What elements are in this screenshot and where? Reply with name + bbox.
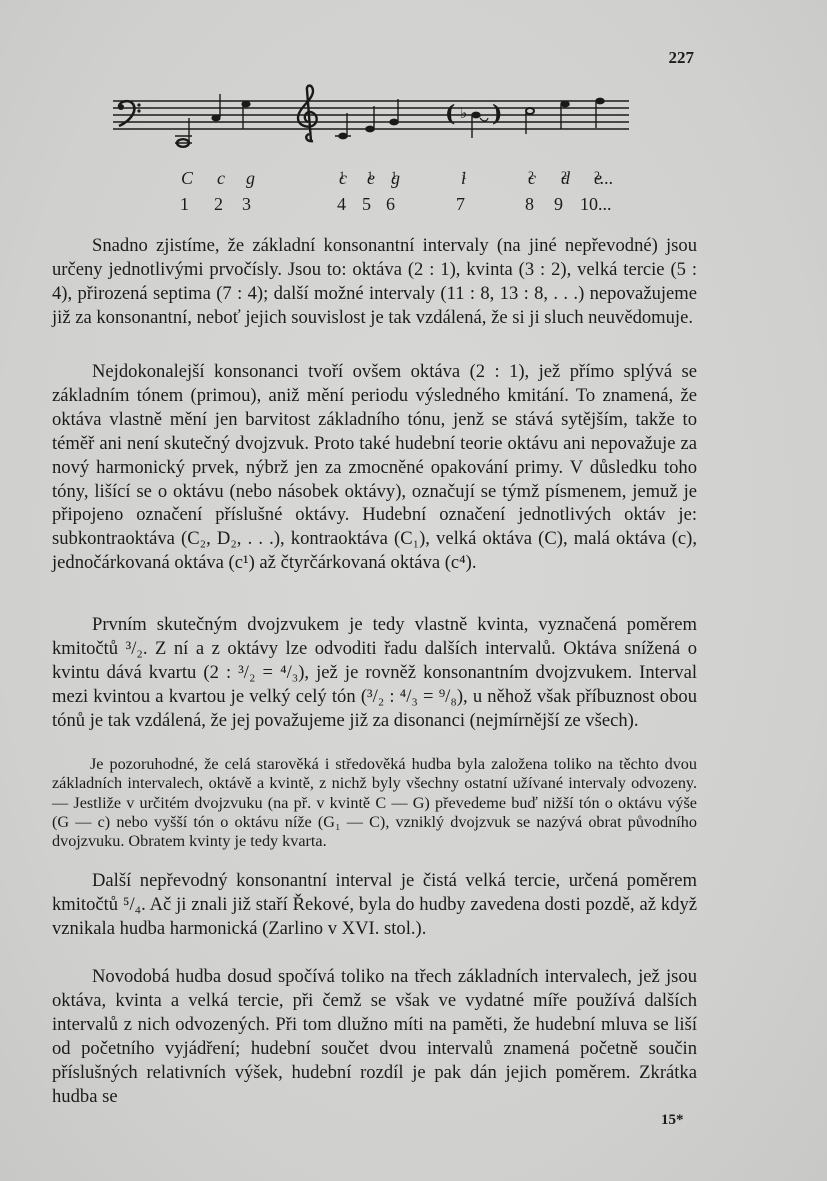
harmonic-number: 2 bbox=[214, 194, 223, 215]
note-name: e2 ... bbox=[594, 168, 600, 190]
harmonic-number: 10... bbox=[580, 194, 612, 215]
note-name: i1 bbox=[461, 168, 467, 190]
paragraph-modern-music: Novodobá hudba dosud spočívá toliko na t… bbox=[52, 965, 697, 1108]
harmonic-series-staff: ( ♭ ) bbox=[100, 80, 660, 170]
paragraph-primes: Snadno zjistíme, že základní konsonantní… bbox=[52, 234, 697, 330]
note-name: e1 bbox=[367, 168, 373, 190]
page-number: 227 bbox=[669, 48, 695, 68]
harmonic-number: 7 bbox=[456, 194, 465, 215]
music-notation-icon: ( ♭ ) bbox=[100, 80, 660, 170]
harmonic-number: 4 bbox=[337, 194, 346, 215]
treble-clef-icon bbox=[298, 86, 317, 141]
harmonic-number: 8 bbox=[525, 194, 534, 215]
note-name: g1 bbox=[391, 168, 397, 190]
harmonic-number: 6 bbox=[386, 194, 395, 215]
note-name: c1 bbox=[339, 168, 345, 190]
svg-text:): ) bbox=[492, 101, 502, 127]
harmonic-number: 9 bbox=[554, 194, 563, 215]
harmonic-number: 1 bbox=[180, 194, 189, 215]
book-page: 227 bbox=[0, 0, 827, 1181]
harmonic-number: 5 bbox=[362, 194, 371, 215]
svg-text:♭: ♭ bbox=[460, 104, 467, 122]
note-names-row: C c g c1 e1 g1 i1 c2 d2 e2 ... bbox=[0, 168, 827, 192]
paragraph-third: Další nepřevodný konsonantní interval je… bbox=[52, 869, 697, 941]
harmonic-number: 3 bbox=[242, 194, 251, 215]
note-inversion: Je pozoruhodné, že celá starověká i stře… bbox=[52, 755, 697, 851]
harmonic-numbers-row: 1 2 3 4 5 6 7 8 9 10... bbox=[0, 194, 827, 218]
note-name: d2 bbox=[561, 168, 567, 190]
paragraph-octave: Nejdokonalejší konsonanci tvoří ovšem ok… bbox=[52, 360, 697, 575]
note-name: c2 bbox=[528, 168, 534, 190]
svg-text:(: ( bbox=[445, 101, 455, 127]
signature-mark: 15* bbox=[661, 1112, 684, 1129]
paragraph-fifth: Prvním skutečným dvojzvukem je tedy vlas… bbox=[52, 613, 697, 733]
